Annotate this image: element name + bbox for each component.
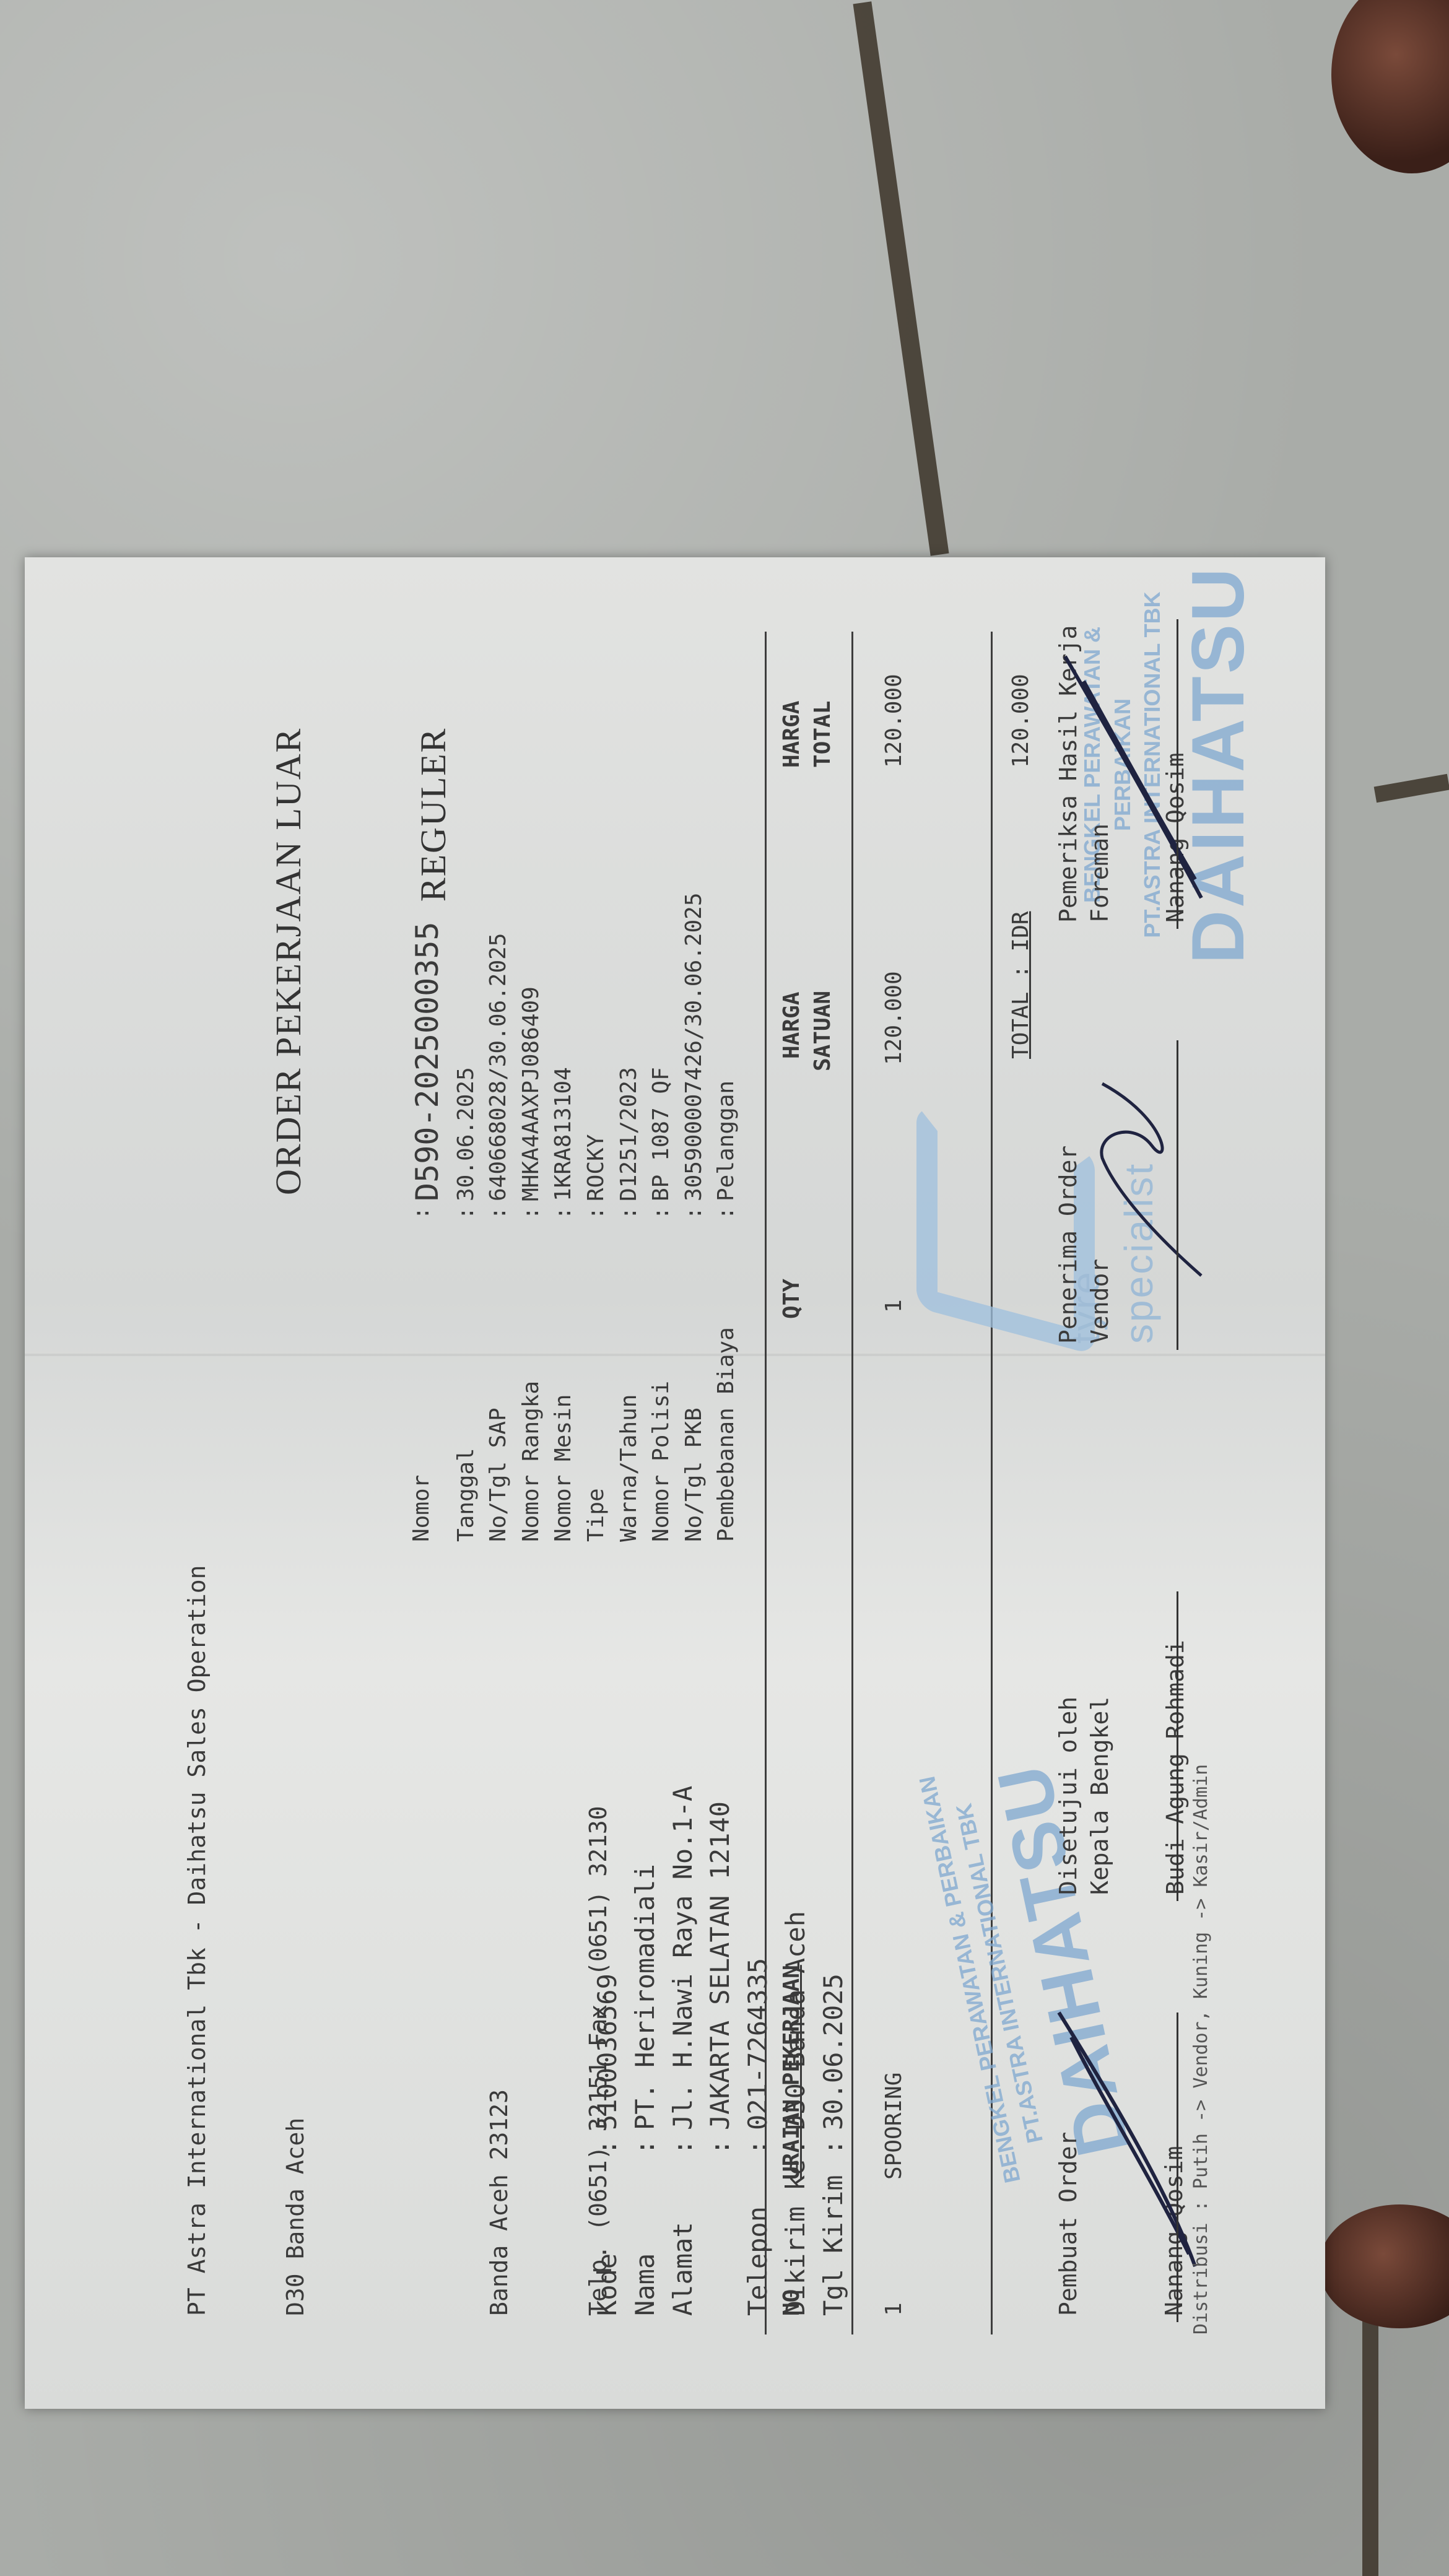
- order_info-label: Nomor Mesin: [549, 1220, 579, 1542]
- vendor_info-label: Telepon: [741, 2155, 776, 2316]
- signatory-name: Nanang Qosim: [1159, 2132, 1190, 2316]
- order_info-label: Nomor Rangka: [516, 1220, 547, 1542]
- vendor-info: Kode:5100036569Nama:PT. HeriromadialiAla…: [520, 1786, 921, 2316]
- vendor_info-value: JAKARTA SELATAN 12140: [703, 1786, 738, 2130]
- colon-separator: :: [581, 1201, 612, 1220]
- order_info-value: D590-2025000355: [407, 893, 449, 1202]
- colon-separator: :: [679, 1201, 710, 1220]
- distribution-note: Distribusi : Putih -> Vendor, Kuning -> …: [1189, 1764, 1214, 2334]
- colon-separator: :: [711, 1201, 742, 1220]
- col-no-header: NO: [777, 2289, 807, 2316]
- company-city: Banda Aceh 23123: [484, 1565, 515, 2316]
- floor-crack: [1374, 774, 1449, 803]
- signature-block: Pemeriksa Hasil KerjaForemanNanang Qosim: [1053, 625, 1191, 923]
- table-cell-unit-price: 120.000: [879, 971, 910, 1065]
- signatory-name: [1160, 1146, 1191, 1344]
- signature-title: Kepala Bengkel: [1084, 1640, 1116, 1895]
- col-qty-header: QTY: [777, 1279, 807, 1319]
- vendor_info-value: 5100036569: [590, 1786, 625, 2130]
- total-label: TOTAL : IDR: [1006, 912, 1037, 1059]
- table-cell-no: 1: [879, 2302, 910, 2316]
- col-description-header: URAIAN PEKERJAAN: [777, 1965, 807, 2180]
- order_info-value: 640668028/30.06.2025: [484, 893, 514, 1202]
- col-unit-price-header-2: SATUAN: [808, 991, 838, 1071]
- col-total-header-2: TOTAL: [808, 701, 838, 768]
- colon-separator: :: [407, 1201, 449, 1220]
- colon-separator: :: [484, 1201, 514, 1220]
- company-name: PT Astra International Tbk - Daihatsu Sa…: [181, 1565, 213, 2316]
- order_info-value: 305900007426/30.06.2025: [679, 893, 710, 1202]
- table-cell-total-price: 120.000: [879, 674, 910, 768]
- colon-separator: :: [451, 1201, 482, 1220]
- colon-separator: :: [646, 1201, 677, 1220]
- order_info-label: Nomor Polisi: [646, 1220, 677, 1542]
- table-cell-description: SPOORING: [879, 2073, 910, 2180]
- signature-block: Disetujui olehKepala BengkelBudi Agung R…: [1053, 1640, 1191, 1895]
- signature-title: Foreman: [1084, 625, 1116, 923]
- colon-separator: :: [666, 2130, 701, 2155]
- vendor_info-label: Nama: [628, 2155, 663, 2316]
- col-unit-price-header-1: HARGA: [777, 992, 807, 1059]
- table-top-rule: [765, 632, 767, 2334]
- colon-separator: :: [549, 1201, 579, 1220]
- signature-role: Disetujui oleh: [1053, 1640, 1084, 1895]
- vendor_info-label: Tgl Kirim: [816, 2155, 851, 2316]
- order_info-value: BP 1087 QF: [646, 893, 677, 1202]
- colon-separator: :: [741, 2130, 776, 2155]
- order_info-value: 30.06.2025: [451, 893, 482, 1202]
- vendor_info-label: Kode: [590, 2155, 625, 2316]
- order_info-value: ROCKY: [581, 893, 612, 1202]
- order_info-label: No/Tgl SAP: [484, 1220, 514, 1542]
- table-bottom-rule: [991, 632, 993, 2334]
- colon-separator: :: [516, 1201, 547, 1220]
- floor-crack: [1362, 2291, 1378, 2576]
- signature-block: Penerima OrderVendor: [1053, 1146, 1191, 1344]
- signature-line: [1177, 619, 1178, 929]
- order_info-value: D1251/2023: [614, 893, 645, 1202]
- floor-crack: [853, 1, 949, 555]
- order_info-label: Tanggal: [451, 1220, 482, 1542]
- vendor_info-value: 021-7264335: [741, 1786, 776, 2130]
- colon-separator: :: [628, 2130, 663, 2155]
- signature-line: [1177, 1591, 1178, 1901]
- signature-role: Pemeriksa Hasil Kerja: [1053, 625, 1084, 923]
- signature-line: [1177, 1040, 1178, 1350]
- vendor_info-value: Jl. H.Nawi Raya No.1-A: [666, 1786, 701, 2130]
- order_info-label: Pembebanan Biaya: [711, 1220, 742, 1542]
- colon-separator: :: [614, 1201, 645, 1220]
- vendor_info-label: [703, 2155, 738, 2316]
- signature-title: Vendor: [1084, 1146, 1116, 1344]
- col-total-header-1: HARGA: [777, 701, 807, 768]
- finger-top: [1331, 0, 1449, 173]
- signature-block: Pembuat OrderNanang Qosim: [1053, 2132, 1191, 2316]
- order_info-value: Pelanggan: [711, 893, 742, 1202]
- vendor_info-value: 30.06.2025: [816, 1786, 851, 2130]
- order-info: Nomor:D590-2025000355Tanggal:30.06.2025N…: [347, 893, 802, 1543]
- total-value: 120.000: [1006, 674, 1037, 768]
- signatory-name: Nanang Qosim: [1160, 625, 1191, 923]
- signatory-name: Budi Agung Rohmadi: [1160, 1640, 1191, 1895]
- vendor_info-label: Alamat: [666, 2155, 701, 2316]
- table-header-rule: [851, 632, 853, 2334]
- order_info-label: No/Tgl PKB: [679, 1220, 710, 1542]
- order_info-value: 1KRA813104: [549, 893, 579, 1202]
- signature-role: Penerima Order: [1053, 1146, 1084, 1344]
- colon-separator: :: [816, 2130, 851, 2155]
- company-branch: D30 Banda Aceh: [280, 1565, 311, 2316]
- colon-separator: :: [703, 2130, 738, 2155]
- order_info-label: Warna/Tahun: [614, 1220, 645, 1542]
- order_info-value: MHKA4AAXPJ086409: [516, 893, 547, 1202]
- vendor_info-value: PT. Heriromadiali: [628, 1786, 663, 2130]
- colon-separator: :: [590, 2130, 625, 2155]
- finger-bottom: [1319, 2204, 1449, 2328]
- table-cell-qty: 1: [879, 1299, 910, 1313]
- signature-line: [1177, 2012, 1178, 2322]
- signature-title: [1084, 2132, 1115, 2316]
- work-order-document: PT Astra International Tbk - Daihatsu Sa…: [25, 557, 1325, 2409]
- order_info-label: Tipe: [581, 1220, 612, 1542]
- signature-role: Pembuat Order: [1053, 2132, 1084, 2316]
- title-line-1: ORDER PEKERJAAN LUAR: [264, 728, 313, 1195]
- order_info-label: Nomor: [407, 1220, 449, 1542]
